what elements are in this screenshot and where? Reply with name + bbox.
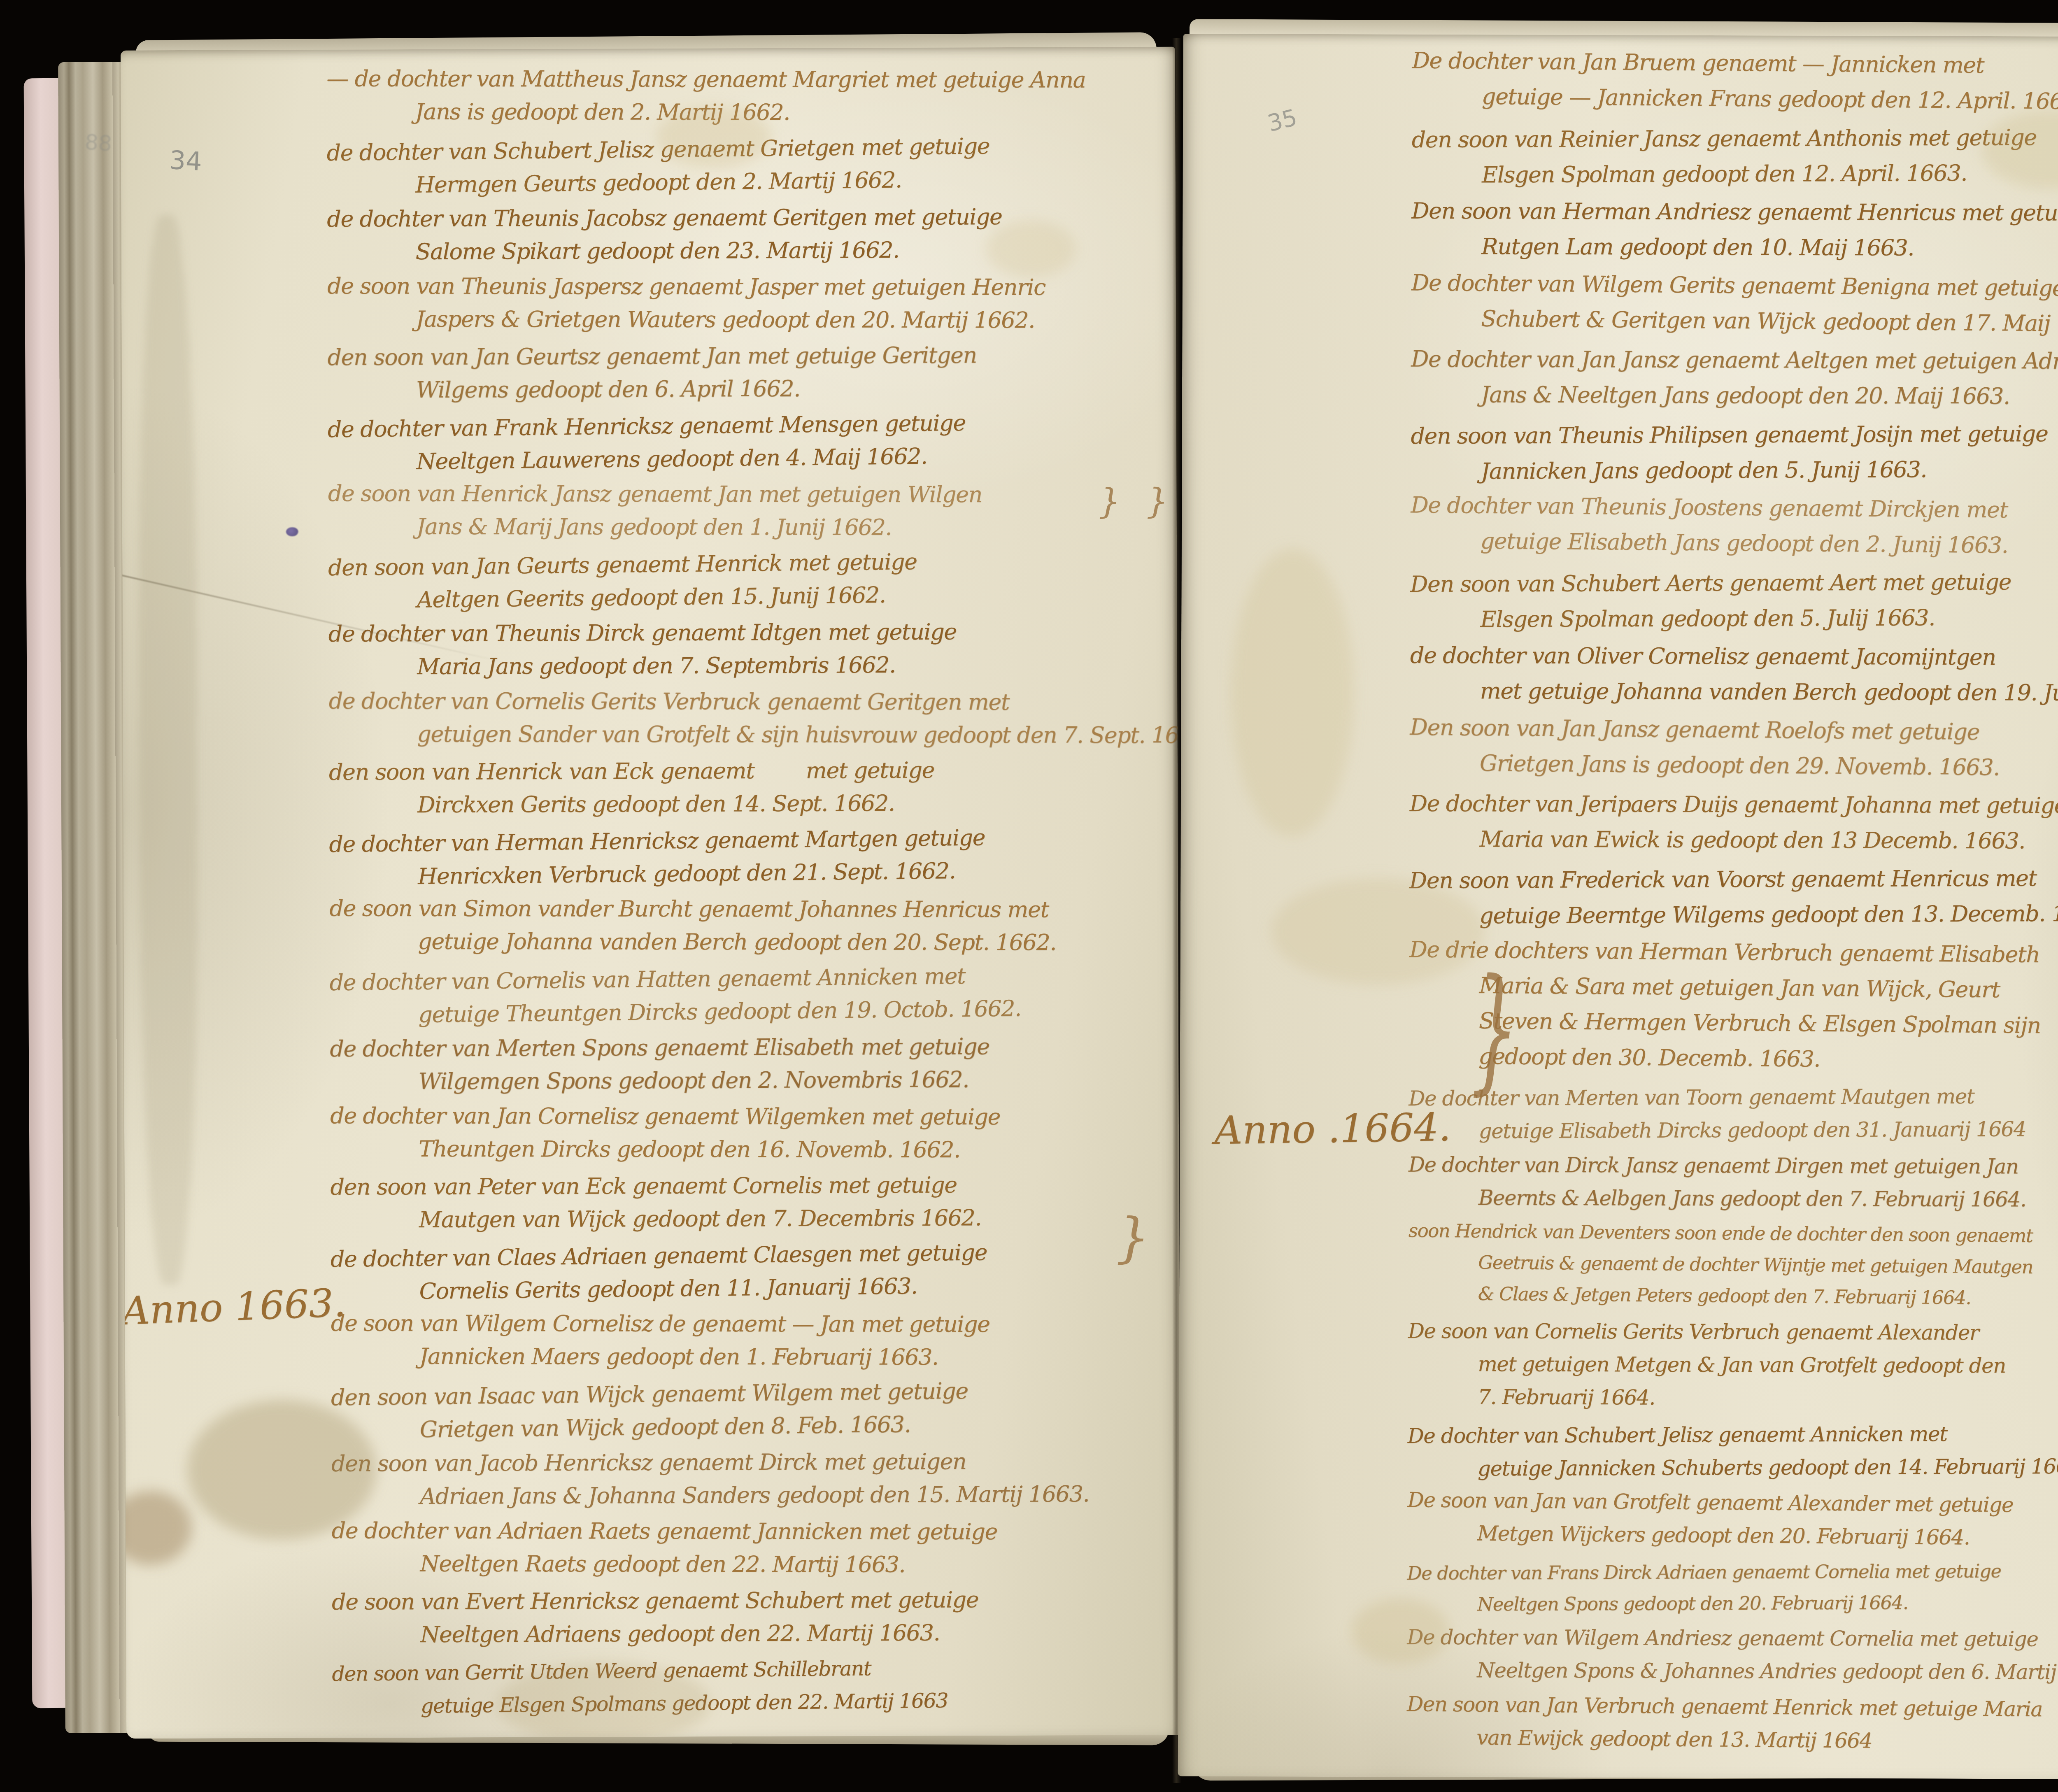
baptism-entry: de dochter van Theunis Dirck genaemt Idt… — [328, 614, 1181, 683]
register-line: Rutgen Lam gedoopt den 10. Maij 1663. — [1481, 229, 2058, 267]
register-line: Wilgemgen Spons gedoopt den 2. Novembris… — [418, 1062, 1181, 1098]
baptism-entry: De dochter van Wilgem Gerits genaemt Ben… — [1411, 265, 2058, 343]
register-line: Jans & Marij Jans gedoopt den 1. Junij 1… — [417, 510, 1181, 545]
baptism-entry: De dochter van Dirck Jansz genaemt Dirge… — [1408, 1148, 2058, 1217]
register-line: gedoopt den 30. Decemb. 1663. — [1478, 1039, 2058, 1081]
register-line: Den soon van Herman Andriesz genaemt Hen… — [1411, 193, 2058, 232]
baptism-entry: den soon van Gerrit Utden Weerd genaemt … — [332, 1649, 1181, 1724]
baptism-entry: De dochter van Theunis Joostens genaemt … — [1410, 487, 2058, 566]
register-line: getuige — Jannicken Frans gedoopt den 12… — [1482, 79, 2058, 121]
bleed-through-stain — [137, 215, 199, 1285]
page-number-left: 34 — [169, 145, 203, 177]
register-line: de dochter van Oliver Cornelisz genaemt … — [1410, 638, 2058, 676]
baptism-entry: De dochter van Jan Jansz genaemt Aeltgen… — [1411, 342, 2058, 415]
baptism-entry: de dochter van Frank Henricksz genaemt M… — [327, 404, 1181, 479]
left-page: 34 Anno 1663. — de dochter van Mattheus … — [121, 47, 1181, 1739]
register-line: getuige Jannicken Schuberts gedoopt den … — [1478, 1449, 2058, 1485]
baptism-entry: de soon van Evert Henricksz genaemt Schu… — [332, 1583, 1181, 1651]
baptism-entry: de dochter van Adriaen Raets genaemt Jan… — [331, 1514, 1181, 1582]
register-line: den soon van Peter van Eck genaemt Corne… — [330, 1168, 1181, 1203]
stain — [121, 1491, 192, 1565]
register-line: de soon van Simon vander Burcht genaemt … — [329, 892, 1181, 926]
stain — [656, 106, 771, 168]
baptism-entry: den soon van Henrick van Eck genaemt met… — [329, 753, 1181, 822]
baptism-entry: den soon van Jan Geurts genaemt Henrick … — [328, 542, 1181, 617]
register-line: De dochter van Jan Jansz genaemt Aeltgen… — [1411, 342, 2058, 380]
brace-mark: } } — [1099, 484, 1176, 519]
baptism-entry: de dochter van Cornelis Gerits Verbruck … — [328, 684, 1181, 752]
register-line: Jannicken Jans gedoopt den 5. Junij 1663… — [1481, 451, 2058, 489]
register-line: getuige Elisabeth Jans gedoopt den 2. Ju… — [1480, 524, 2058, 566]
baptism-entry: den soon van Jacob Henricksz genaemt Dir… — [331, 1444, 1181, 1513]
baptism-entry: Den soon van Jan Verbruch genaemt Henric… — [1406, 1687, 2058, 1761]
register-line: de soon van Wilgem Cornelisz de genaemt … — [331, 1307, 1181, 1341]
stain — [1351, 1598, 1450, 1664]
baptism-entry: de soon van Theunis Jaspersz genaemt Jas… — [327, 270, 1181, 337]
baptism-entry: de dochter van Cornelis van Hatten genae… — [329, 957, 1181, 1032]
baptism-entry: den soon van Jan Geurtsz genaemt Jan met… — [327, 338, 1181, 407]
baptism-entry: de dochter van Claes Adriaen genaemt Cla… — [330, 1234, 1181, 1309]
register-line: Jans is gedoopt den 2. Martij 1662. — [415, 95, 1181, 130]
register-line: getuige Elisabeth Dircks gedoopt den 31.… — [1478, 1112, 2058, 1147]
register-line: den soon van Reinier Jansz genaemt Antho… — [1411, 119, 2058, 158]
register-line: den soon van Theunis Philipsen genaemt J… — [1411, 415, 2058, 454]
register-line: Metgen Wijckers gedoopt den 20. Februari… — [1477, 1517, 2058, 1557]
baptism-entry: De soon van Jan van Grotfelt genaemt Ale… — [1407, 1483, 2058, 1557]
baptism-entry: de dochter van Jan Cornelisz genaemt Wil… — [330, 1099, 1181, 1167]
baptism-entry: de dochter van Herman Henricksz genaemt … — [329, 819, 1181, 894]
baptism-entry: de dochter van Oliver Cornelisz genaemt … — [1410, 638, 2058, 712]
register-line: Neeltgen Adriaens gedoopt den 22. Martij… — [420, 1615, 1181, 1651]
stain — [187, 1399, 377, 1540]
baptism-entry: Den soon van Herman Andriesz genaemt Hen… — [1411, 193, 2058, 267]
register-line: Den soon van Frederick van Voorst genaem… — [1409, 860, 2058, 898]
baptism-entry: De dochter van Wilgem Andriesz genaemt C… — [1407, 1621, 2058, 1690]
register-line: De dochter van Frans Dirck Adriaen genae… — [1407, 1555, 2058, 1589]
manuscript-photo: 88 34 Anno 1663. — de dochter van Matthe… — [0, 0, 2058, 1792]
bleed-through-stain — [1230, 548, 1355, 837]
margin-note-anno-1663: Anno 1663. — [121, 1280, 347, 1334]
baptism-entry: de soon van Henrick Jansz genaemt Jan me… — [328, 477, 1181, 545]
register-line: 7. Februarij 1664. — [1478, 1380, 2058, 1416]
register-line: de dochter van Jan Cornelisz genaemt Wil… — [330, 1099, 1181, 1134]
baptism-entry: Den soon van Frederick van Voorst genaem… — [1409, 860, 2058, 934]
baptism-entry: De dochter van Schubert Jelisz genaemt A… — [1408, 1416, 2058, 1485]
register-line: & Claes & Jetgen Peters gedoopt den 7. F… — [1478, 1278, 2058, 1316]
baptism-entry: de dochter van Merten Spons genaemt Elis… — [330, 1029, 1181, 1098]
register-line: getuigen Sander van Grotfelt & sijn huis… — [417, 718, 1181, 752]
register-line: Jannicken Maers gedoopt den 1. Februarij… — [419, 1340, 1181, 1374]
register-line: De soon van Cornelis Gerits Verbruch gen… — [1408, 1315, 2058, 1350]
baptism-entry: den soon van Isaac van Wijck genaemt Wil… — [331, 1372, 1181, 1447]
register-line: den soon van Jacob Henricksz genaemt Dir… — [331, 1444, 1181, 1480]
register-line: getuige Johanna vanden Berch gedoopt den… — [418, 925, 1181, 959]
register-line: Maria van Ewick is gedoopt den 13 Decemb… — [1479, 822, 2058, 859]
register-line: Adriaen Jans & Johanna Sanders gedoopt d… — [420, 1477, 1181, 1513]
baptism-entry: De soon van Cornelis Gerits Verbruch gen… — [1408, 1315, 2058, 1416]
register-line: Dirckxen Gerits gedoopt den 14. Sept. 16… — [417, 786, 1181, 822]
baptism-entry: De dochter van Jeripaers Duijs genaemt J… — [1409, 786, 2058, 860]
bleed-through-stain — [1271, 878, 1485, 986]
baptism-entry: soon Hendrick van Deventers soon ende de… — [1408, 1215, 2058, 1316]
register-line: met getuigen Metgen & Jan van Grotfelt g… — [1478, 1347, 2058, 1383]
register-line: van Ewijck gedoopt den 13. Martij 1664 — [1476, 1721, 2058, 1761]
register-line: de soon van Theunis Jaspersz genaemt Jas… — [327, 270, 1181, 304]
baptism-entry: De dochter van Jan Bruem genaemt — Janni… — [1412, 43, 2058, 121]
register-line: De dochter van Jeripaers Duijs genaemt J… — [1410, 786, 2058, 824]
register-line: De dochter van Wilgem Andriesz genaemt C… — [1407, 1621, 2058, 1657]
register-line: Elsgen Spolman gedoopt den 5. Julij 1663… — [1480, 599, 2058, 637]
baptism-entry: Den soon van Jan Jansz genaemt Roelofs m… — [1410, 710, 2058, 788]
register-line: Den soon van Schubert Aerts genaemt Aert… — [1410, 563, 2058, 602]
register-line: de dochter van Theunis Dirck genaemt Idt… — [328, 614, 1181, 650]
register-line: Beernts & Aelbgen Jans gedoopt den 7. Fe… — [1478, 1181, 2058, 1217]
baptism-entry: den soon van Theunis Philipsen genaemt J… — [1411, 415, 2058, 489]
right-page: 35 Anno .1664. De dochter van Jan Bruem … — [1178, 34, 2058, 1780]
baptism-entry: Den soon van Schubert Aerts genaemt Aert… — [1410, 563, 2058, 638]
corner-mark: 88 — [84, 130, 113, 156]
page-number-right: 35 — [1265, 104, 1300, 137]
register-line: Jaspers & Grietgen Wauters gedoopt den 2… — [416, 303, 1181, 337]
register-line: Schubert & Geritgen van Wijck gedoopt de… — [1481, 301, 2058, 343]
register-line: de dochter van Adriaen Raets genaemt Jan… — [332, 1514, 1181, 1549]
register-line: den soon van Henrick van Eck genaemt met… — [329, 753, 1181, 789]
register-line: de dochter van Cornelis Gerits Verbruck … — [329, 684, 1181, 719]
baptism-entries-right: De dochter van Jan Bruem genaemt — Janni… — [1406, 45, 2058, 1762]
ink-blot — [286, 527, 298, 536]
register-line: Neeltgen Spons & Johannes Andries gedoop… — [1477, 1654, 2058, 1689]
register-line: Elsgen Spolman gedoopt den 12. April. 16… — [1482, 154, 2058, 193]
register-line: — de dochter van Mattheus Jansz genaemt … — [326, 62, 1181, 97]
register-line: De dochter van Schubert Jelisz genaemt A… — [1408, 1416, 2058, 1452]
register-line: Jans & Neeltgen Jans gedoopt den 20. Mai… — [1481, 377, 2058, 415]
baptism-entry: den soon van Peter van Eck genaemt Corne… — [330, 1168, 1181, 1236]
register-line: Theuntgen Dircks gedoopt den 16. Novemb.… — [419, 1133, 1181, 1167]
baptism-entry: den soon van Reinier Jansz genaemt Antho… — [1411, 119, 2058, 193]
register-line: den soon van Jan Geurtsz genaemt Jan met… — [327, 338, 1181, 374]
register-line: met getuige Johanna vanden Berch gedoopt… — [1480, 673, 2058, 711]
register-line: Neeltgen Spons gedoopt den 20. Februarij… — [1477, 1586, 2058, 1620]
register-line: Wilgems gedoopt den 6. April 1662. — [416, 371, 1181, 407]
baptism-entry: de soon van Wilgem Cornelisz de genaemt … — [331, 1307, 1181, 1374]
register-line: Grietgen Jans is gedoopt den 29. Novemb.… — [1480, 746, 2058, 788]
baptism-entry: de soon van Simon vander Burcht genaemt … — [329, 892, 1181, 959]
brace-mark: } — [1471, 961, 1519, 1096]
brace-mark: } — [1116, 1211, 1150, 1264]
register-line: de dochter van Merten Spons genaemt Elis… — [330, 1029, 1181, 1065]
register-line: getuige Beerntge Wilgems gedoopt den 13.… — [1479, 895, 2058, 933]
stain — [985, 220, 1076, 278]
register-line: Neeltgen Raets gedoopt den 22. Martij 16… — [420, 1548, 1181, 1582]
register-line: de soon van Henrick Jansz genaemt Jan me… — [328, 477, 1181, 512]
register-line: De dochter van Dirck Jansz genaemt Dirge… — [1408, 1148, 2058, 1184]
register-line: de soon van Evert Henricksz genaemt Schu… — [332, 1583, 1181, 1618]
register-line: Maria Jans gedoopt den 7. Septembris 166… — [417, 647, 1181, 683]
baptism-entry: De dochter van Frans Dirck Adriaen genae… — [1407, 1555, 2058, 1620]
register-line: Mautgen van Wijck gedoopt den 7. Decembr… — [419, 1201, 1181, 1236]
baptism-entries-left: — de dochter van Mattheus Jansz genaemt … — [326, 61, 1181, 1724]
